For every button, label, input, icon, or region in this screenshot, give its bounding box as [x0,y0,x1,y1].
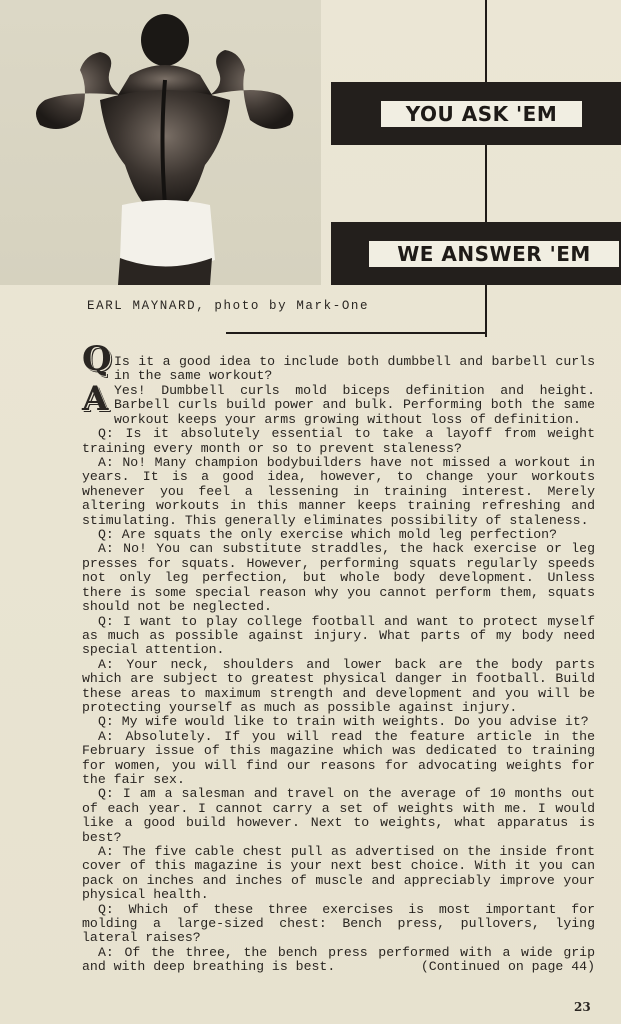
qa-label: Q: [98,614,114,629]
qa-text: No! You can substitute straddles, the ha… [82,541,595,614]
question-paragraph: Q: Which of these three exercises is mos… [82,903,595,946]
qa-text: Is it absolutely essential to take a lay… [82,426,595,455]
answer-paragraph: A: No! You can substitute straddles, the… [82,542,595,614]
title-you-ask: YOU ASK 'EM [381,101,582,127]
qa-article: Q Is it a good idea to include both dumb… [82,355,595,975]
question-paragraph: Q: I want to play college football and w… [82,615,595,658]
continued-note: (Continued on page 44) [405,960,595,974]
qa-label: Q: [98,426,114,441]
qa-text: No! Many champion bodybuilders have not … [82,455,595,528]
qa-text: My wife would like to train with weights… [122,714,589,729]
bodybuilder-figure-icon [0,0,321,285]
qa-text: Absolutely. If you will read the feature… [82,729,595,787]
drop-cap-a: A [82,384,112,414]
title-bar-you-ask: YOU ASK 'EM [331,82,621,145]
qa-label: A: [98,729,114,744]
magazine-page: YOU ASK 'EM WE ANSWER 'EM EARL MAYNARD, … [0,0,621,1024]
title-we-answer: WE ANSWER 'EM [369,241,619,267]
qa-label: A: [98,945,114,960]
qa-label: Q: [98,786,114,801]
first-question: Q Is it a good idea to include both dumb… [82,355,595,384]
qa-label: A: [98,455,114,470]
qa-label: A: [98,844,114,859]
question-paragraph: Q: Are squats the only exercise which mo… [82,528,595,542]
qa-label: A: [98,657,114,672]
bodybuilder-photo [0,0,321,285]
qa-text: Your neck, shoulders and lower back are … [82,657,595,715]
first-answer-text: Yes! Dumbbell curls mold biceps definiti… [114,383,595,427]
first-answer: A Yes! Dumbbell curls mold biceps defini… [82,384,595,427]
photo-caption: EARL MAYNARD, photo by Mark-One [87,299,369,313]
qa-list: Q: Is it absolutely essential to take a … [82,427,595,974]
answer-paragraph: A: No! Many champion bodybuilders have n… [82,456,595,528]
title-bar-we-answer: WE ANSWER 'EM [331,222,621,285]
qa-label: Q: [98,714,114,729]
qa-label: Q: [98,527,114,542]
qa-text: I am a salesman and travel on the averag… [82,786,595,844]
answer-paragraph: A: The five cable chest pull as advertis… [82,845,595,903]
vertical-rule [485,0,487,337]
answer-paragraph: A: Absolutely. If you will read the feat… [82,730,595,788]
drop-cap-q: Q [82,344,112,374]
qa-text: Are squats the only exercise which mold … [122,527,557,542]
qa-text: The five cable chest pull as advertised … [82,844,595,902]
horizontal-rule [226,332,487,334]
qa-label: Q: [98,902,114,917]
answer-paragraph: A: Of the three, the bench press perform… [82,946,595,975]
question-paragraph: Q: Is it absolutely essential to take a … [82,427,595,456]
qa-text: I want to play college football and want… [82,614,595,658]
qa-label: A: [98,541,114,556]
first-question-text: Is it a good idea to include both dumbbe… [114,354,595,383]
question-paragraph: Q: My wife would like to train with weig… [82,715,595,729]
answer-paragraph: A: Your neck, shoulders and lower back a… [82,658,595,716]
qa-text: Which of these three exercises is most i… [82,902,595,946]
question-paragraph: Q: I am a salesman and travel on the ave… [82,787,595,845]
page-number: 23 [574,1000,591,1014]
